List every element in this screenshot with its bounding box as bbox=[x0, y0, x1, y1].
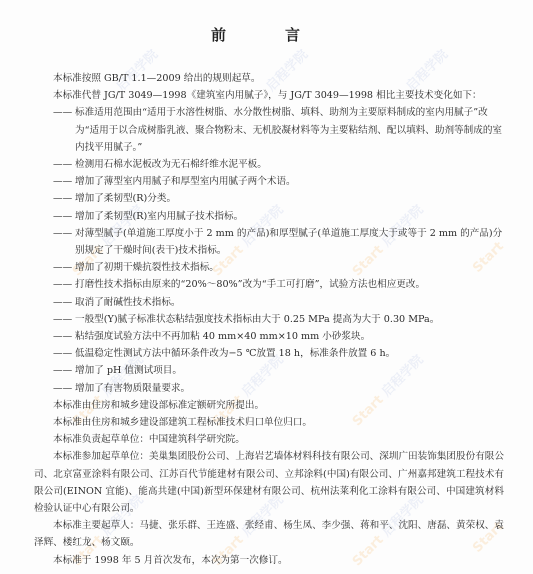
dash-bullet: —— bbox=[53, 345, 72, 362]
dash-bullet: —— bbox=[53, 104, 72, 121]
paragraph-replacement: 本标准代替 JG/T 3049—1998《建筑室内用腻子》，与 JG/T 304… bbox=[34, 87, 504, 104]
change-item: ——打磨性技术指标由原来的“20%～80%”改为“手工可打磨”，试验方法也相应更… bbox=[34, 276, 504, 293]
paragraph-proposed-by: 本标准由住房和城乡建设部标准定额研究所提出。 bbox=[34, 397, 504, 414]
change-item: ——粘结强度试验方法中不再加粘 40 mm×40 mm×10 mm 小砂浆块。 bbox=[34, 328, 504, 345]
dash-bullet: —— bbox=[53, 276, 72, 293]
change-item: ——低温稳定性测试方法中循环条件改为−5 ℃放置 18 h，标准条件放置 6 h… bbox=[34, 345, 504, 362]
change-item: ——检测用石棉水泥板改为无石棉纤维水泥平板。 bbox=[34, 156, 504, 173]
page-title: 前 言 bbox=[0, 24, 533, 45]
dash-bullet: —— bbox=[53, 311, 72, 328]
paragraph-main-drafters: 本标准主要起草人：马捷、张乐群、王连盛、张经甫、杨生凤、李少强、蒋和平、沈阳、唐… bbox=[34, 517, 504, 551]
change-item: ——增加了初期干燥抗裂性技术指标。 bbox=[34, 259, 504, 276]
dash-bullet: —— bbox=[53, 156, 72, 173]
change-item: ——增加了柔韧型(R)室内用腻子技术指标。 bbox=[34, 208, 504, 225]
dash-bullet: —— bbox=[53, 225, 72, 242]
change-item: ——标准适用范围由“适用于水溶性树脂、水分散性树脂、填料、助剂为主要原料制成的室… bbox=[34, 104, 504, 156]
dash-bullet: —— bbox=[53, 328, 72, 345]
dash-bullet: —— bbox=[53, 362, 72, 379]
document-page: 启程学院 启程学院 启程学院 Start 启程学院 Start 启程学院 Sta… bbox=[0, 0, 533, 574]
change-item: ——增加了 pH 值测试项目。 bbox=[34, 362, 504, 379]
paragraph-participating-drafters: 本标准参加起草单位：美巢集团股份公司、上海岩艺墙体材料科技有限公司、深圳广田装饰… bbox=[34, 448, 504, 517]
dash-bullet: —— bbox=[53, 380, 72, 397]
change-item: ——增加了柔韧型(R)分类。 bbox=[34, 190, 504, 207]
paragraph-drafting-rules: 本标准按照 GB/T 1.1—2009 给出的规则起草。 bbox=[34, 70, 504, 87]
paragraph-managed-by: 本标准由住房和城乡建设部建筑工程标准技术归口单位归口。 bbox=[34, 414, 504, 431]
paragraph-lead-drafter: 本标准负责起草单位：中国建筑科学研究院。 bbox=[34, 431, 504, 448]
document-body: 本标准按照 GB/T 1.1—2009 给出的规则起草。 本标准代替 JG/T … bbox=[34, 70, 504, 569]
change-item: ——对薄型腻子(单道施工厚度小于 2 mm 的产品)和厚型腻子(单道施工厚度大于… bbox=[34, 225, 504, 259]
dash-bullet: —— bbox=[53, 294, 72, 311]
change-list: ——标准适用范围由“适用于水溶性树脂、水分散性树脂、填料、助剂为主要原料制成的室… bbox=[34, 104, 504, 396]
dash-bullet: —— bbox=[53, 190, 72, 207]
change-item: ——一般型(Y)腻子标准状态粘结强度技术指标由大于 0.25 MPa 提高为大于… bbox=[34, 311, 504, 328]
change-item: ——取消了耐碱性技术指标。 bbox=[34, 294, 504, 311]
dash-bullet: —— bbox=[53, 208, 72, 225]
paragraph-history: 本标准于 1998 年 5 月首次发布，本次为第一次修订。 bbox=[34, 552, 504, 569]
dash-bullet: —— bbox=[53, 259, 72, 276]
dash-bullet: —— bbox=[53, 173, 72, 190]
change-item: ——增加了薄型室内用腻子和厚型室内用腻子两个术语。 bbox=[34, 173, 504, 190]
change-item: ——增加了有害物质限量要求。 bbox=[34, 380, 504, 397]
